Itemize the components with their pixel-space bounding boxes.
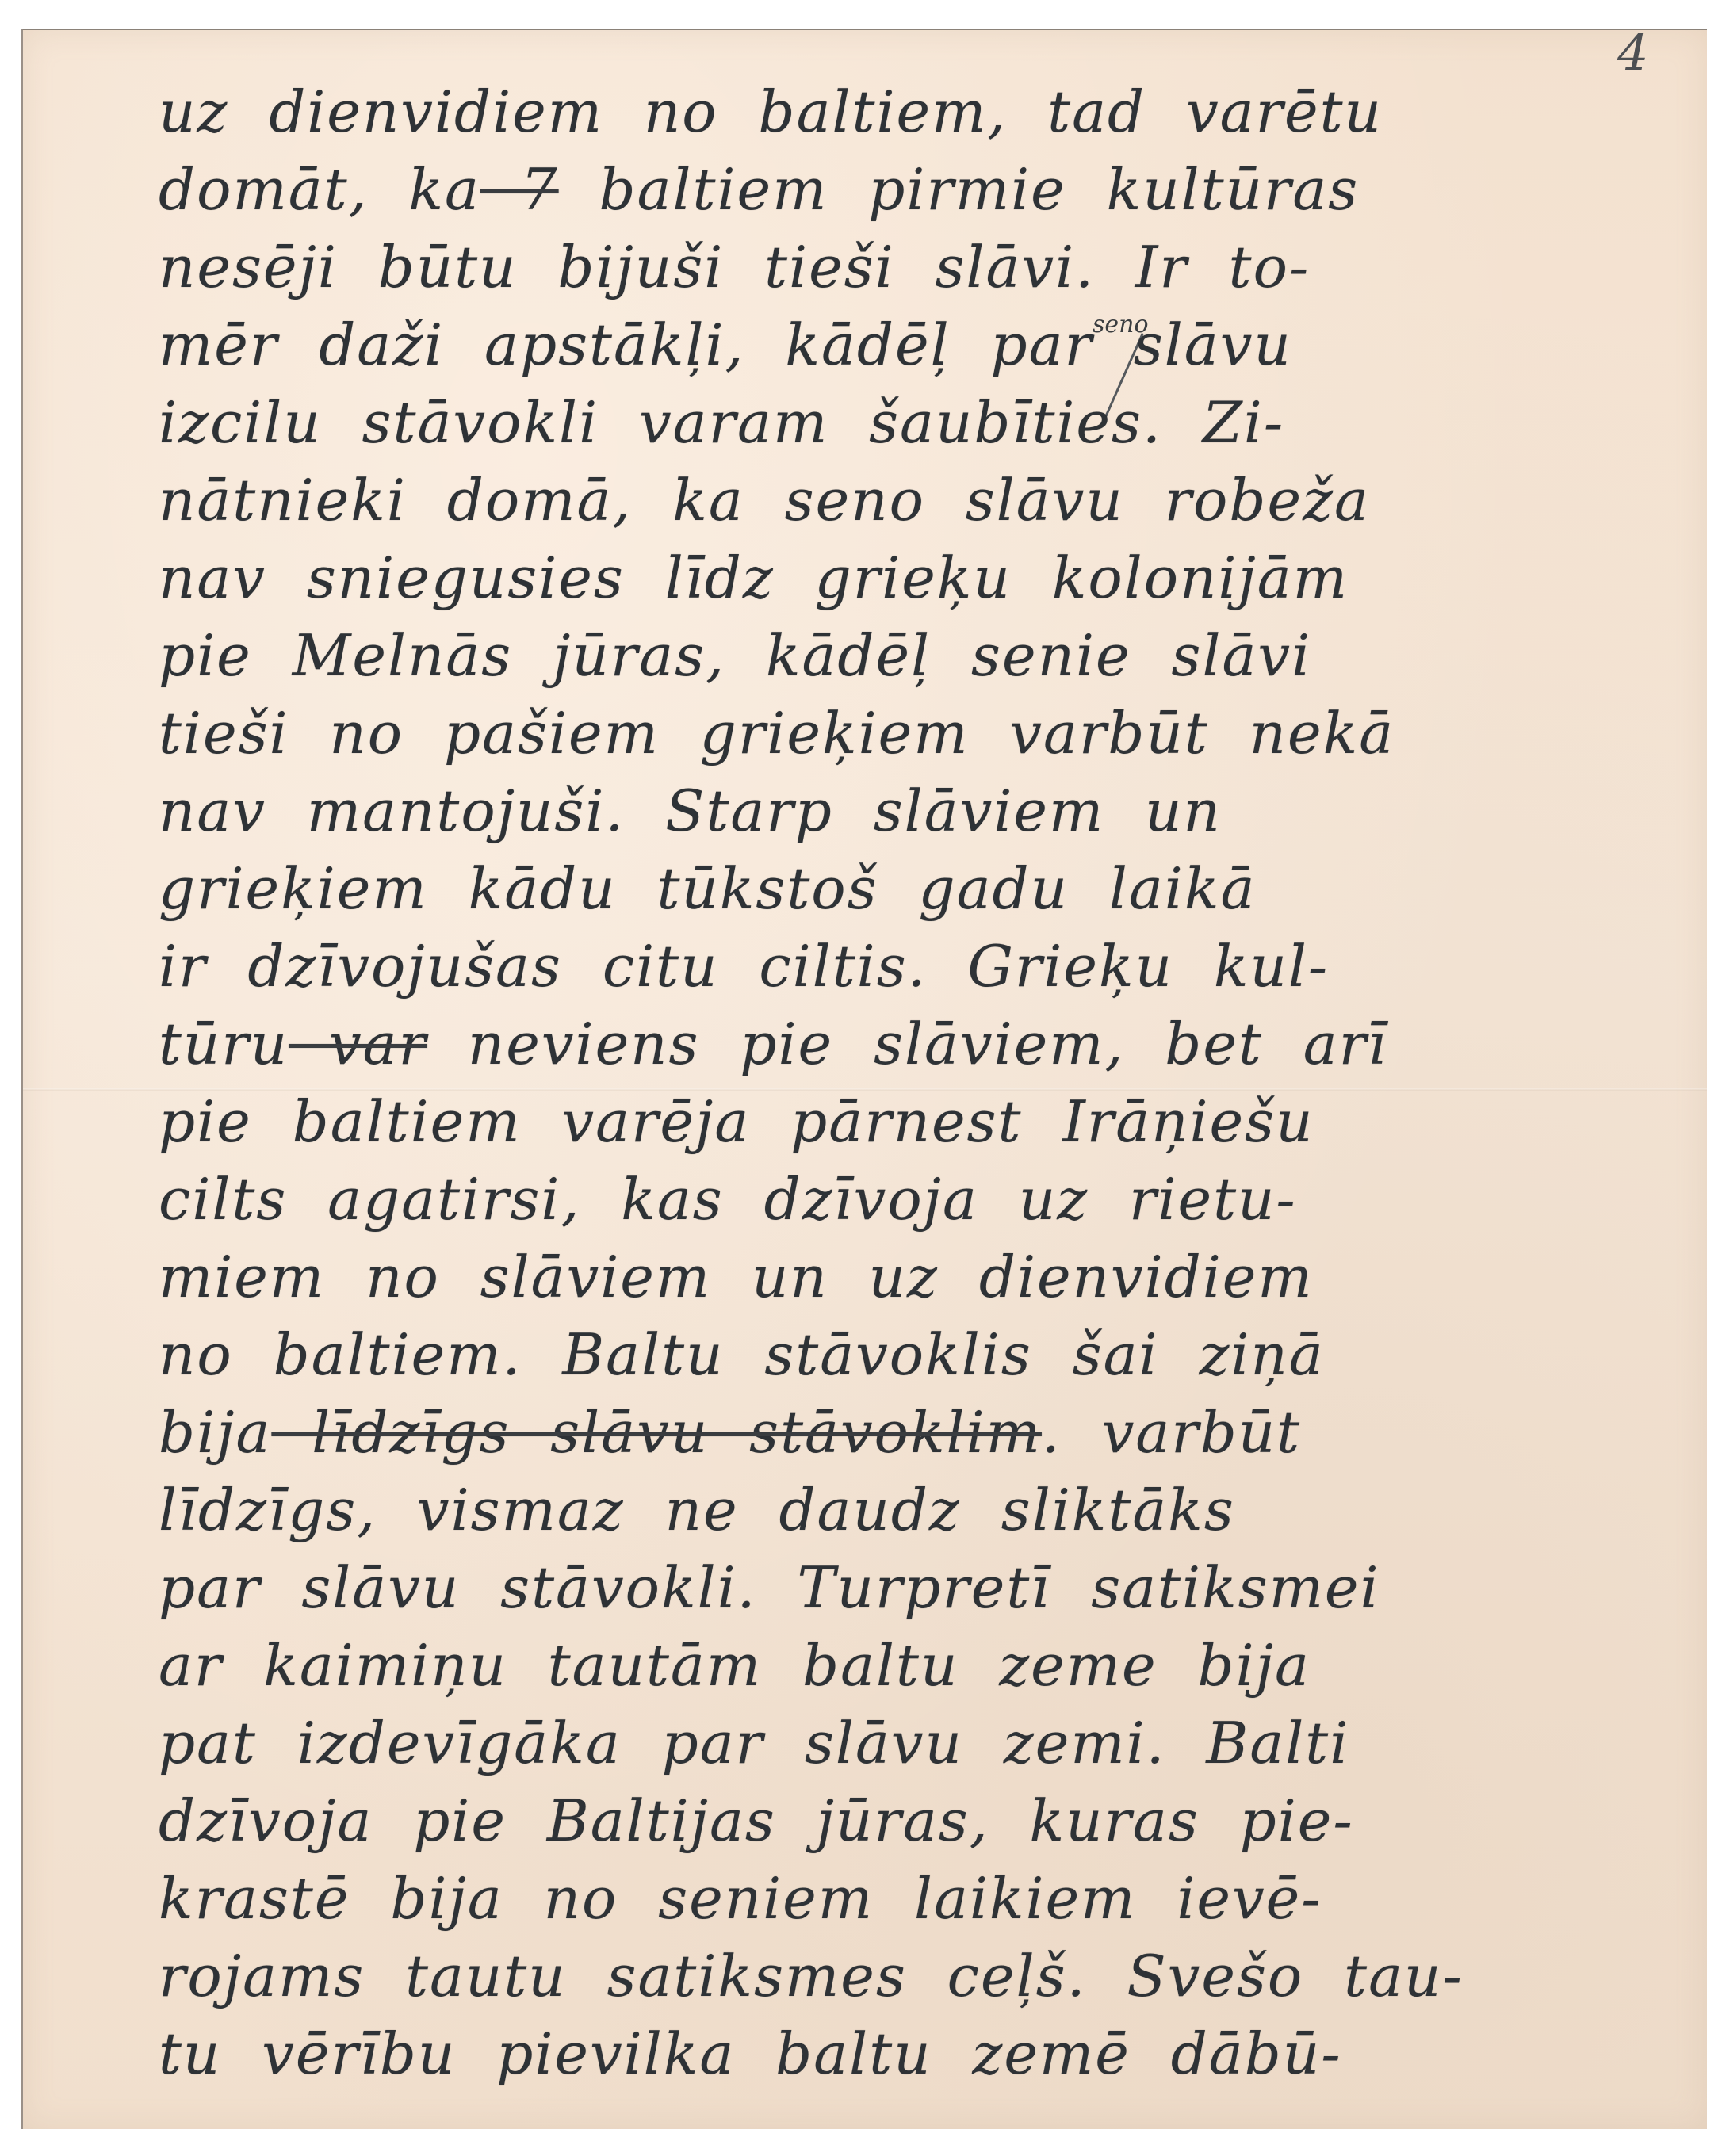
manuscript-line: nātnieki domā, ka seno slāvu robeža [159,461,1681,539]
line-text: bija [159,1399,271,1466]
line-text: pie Melnās jūras, kādēļ senie slāvi [159,622,1311,689]
manuscript-line: ar kaimiņu tautām baltu zeme bija [159,1627,1681,1704]
manuscript-line: nesēji būtu bijuši tieši slāvi. Ir to- [159,228,1681,306]
line-text: ir dzīvojušas citu ciltis. Grieķu kul- [159,933,1329,1000]
line-text: rojams tautu satiksmes ceļš. Svešo tau- [159,1943,1464,2009]
manuscript-line: nav mantojuši. Starp slāviem un [159,772,1681,850]
manuscript-line: nav sniegusies līdz grieķu kolonijām [159,539,1681,617]
line-text: pie baltiem varēja pārnest Irāņiešu [159,1088,1314,1155]
handwritten-text-body: uz dienvidiem no baltiem, tad varētudomā… [159,73,1681,2093]
manuscript-line: krastē bija no seniem laikiem ievē- [159,1860,1681,1937]
line-text: domāt, ka [159,156,480,223]
line-text: izcilu stāvokli varam šaubīties. Zi- [159,389,1284,456]
line-text: neviens pie slāviem, bet arī [427,1011,1387,1077]
manuscript-line: bija līdzīgs slāvu stāvoklim. varbūt [159,1393,1681,1471]
line-text: par slāvu stāvokli. Turpretī satiksmei [159,1554,1380,1621]
line-text: uz dienvidiem no baltiem, tad varētu [159,78,1383,145]
manuscript-line: pie Melnās jūras, kādēļ senie slāvi [159,617,1681,694]
manuscript-line: pie baltiem varēja pārnest Irāņiešu [159,1083,1681,1160]
line-text: mēr daži apstākļi, kādēļ par slāvu [159,312,1292,378]
line-text: pat izdevīgāka par slāvu zemi. Balti [159,1710,1349,1776]
line-text: cilts agatirsi, kas dzīvoja uz rietu- [159,1166,1297,1233]
line-text: dzīvoja pie Baltijas jūras, kuras pie- [159,1787,1354,1854]
struck-through-text: 7 [480,156,559,223]
line-text: ar kaimiņu tautām baltu zeme bija [159,1632,1311,1699]
line-text: miem no slāviem un uz dienvidiem [159,1244,1314,1310]
line-text: nav sniegusies līdz grieķu kolonijām [159,545,1349,611]
manuscript-line: domāt, ka 7 baltiem pirmie kultūras [159,151,1681,228]
manuscript-line: dzīvoja pie Baltijas jūras, kuras pie- [159,1782,1681,1860]
manuscript-line: tieši no pašiem grieķiem varbūt nekā [159,694,1681,772]
manuscript-line: mēr daži apstākļi, kādēļ par slāvu [159,306,1681,384]
struck-through-text: līdzīgs slāvu stāvoklim [271,1399,1042,1466]
manuscript-line: grieķiem kādu tūkstoš gadu laikā [159,850,1681,927]
line-text: baltiem pirmie kultūras [559,156,1360,223]
manuscript-line: miem no slāviem un uz dienvidiem [159,1238,1681,1316]
manuscript-line: cilts agatirsi, kas dzīvoja uz rietu- [159,1160,1681,1238]
line-text: nesēji būtu bijuši tieši slāvi. Ir to- [159,234,1310,300]
line-text: grieķiem kādu tūkstoš gadu laikā [159,855,1256,922]
manuscript-line: izcilu stāvokli varam šaubīties. Zi- [159,384,1681,461]
manuscript-line: ir dzīvojušas citu ciltis. Grieķu kul- [159,927,1681,1005]
line-text: līdzīgs, vismaz ne daudz sliktāks [159,1477,1235,1543]
manuscript-line: par slāvu stāvokli. Turpretī satiksmei [159,1549,1681,1627]
manuscript-line: tu vērību pievilka baltu zemē dābū- [159,2015,1681,2093]
manuscript-line: līdzīgs, vismaz ne daudz sliktāks [159,1471,1681,1549]
line-text: tūru [159,1011,289,1077]
manuscript-line: rojams tautu satiksmes ceļš. Svešo tau- [159,1937,1681,2015]
line-text: tieši no pašiem grieķiem varbūt nekā [159,700,1395,766]
line-text: nav mantojuši. Starp slāviem un [159,778,1222,844]
manuscript-line: pat izdevīgāka par slāvu zemi. Balti [159,1704,1681,1782]
struck-through-text: var [289,1011,427,1077]
line-text: krastē bija no seniem laikiem ievē- [159,1865,1322,1932]
line-text: nātnieki domā, ka seno slāvu robeža [159,467,1370,533]
manuscript-line: uz dienvidiem no baltiem, tad varētu [159,73,1681,151]
line-text: . varbūt [1042,1399,1301,1466]
line-text: tu vērību pievilka baltu zemē dābū- [159,2020,1342,2087]
line-text: no baltiem. Baltu stāvoklis šai ziņā [159,1321,1325,1388]
manuscript-line: tūru var neviens pie slāviem, bet arī [159,1005,1681,1083]
manuscript-line: no baltiem. Baltu stāvoklis šai ziņā [159,1316,1681,1393]
